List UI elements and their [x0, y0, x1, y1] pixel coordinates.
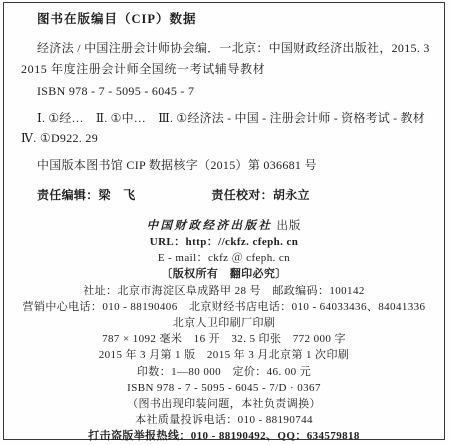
responsible-editor: 责任编辑：梁 飞 [37, 188, 135, 202]
cip-description-line2: 2015 年度注册会计师全国统一考试辅导教材 [21, 62, 444, 76]
contact-phones: 营销中心电话：010 - 88190406 北京财经书店电话：010 - 640… [23, 299, 426, 315]
exchange-notice: （图书出现印装问题，本社负责调换） [127, 396, 321, 412]
cip-registry-number: 中国版本图书馆 CIP 数据核字（2015）第 036681 号 [37, 158, 444, 172]
responsible-proofreader: 责任校对：胡永立 [211, 188, 309, 202]
quality-hotline: 本社质量投诉电话：010 - 88190744 [135, 412, 313, 428]
copyright-page: 图书在版编目（CIP）数据 经济法 / 中国注册会计师协会编．一北京：中国财政经… [0, 0, 450, 445]
cip-description-line1: 经济法 / 中国注册会计师协会编．一北京：中国财政经济出版社，2015. 3 [37, 41, 444, 55]
cip-isbn: ISBN 978 - 7 - 5095 - 6045 - 7 [37, 84, 444, 98]
cip-classification-line2: Ⅳ. ①D922. 29 [21, 131, 444, 145]
copyright-notice: 〔版权所有 翻印必究〕 [161, 266, 286, 282]
book-format-spec: 787 × 1092 毫米 16 开 32. 5 印张 772 000 字 [102, 331, 346, 347]
print-run-price: 印数：1—80 000 定价：46. 00 元 [137, 364, 311, 380]
cip-classification-line1: Ⅰ. ①经… Ⅱ. ①中… Ⅲ. ①经济法 - 中国 - 注册会计师 - 资格考… [37, 111, 444, 125]
isbn-full: ISBN 978 - 7 - 5095 - 6045 - 7/D · 0367 [127, 380, 321, 396]
publisher-suffix: 出版 [273, 220, 302, 232]
page-content: 图书在版编目（CIP）数据 经济法 / 中国注册会计师协会编．一北京：中国财政经… [4, 3, 444, 439]
cip-data-block: 图书在版编目（CIP）数据 经济法 / 中国注册会计师协会编．一北京：中国财政经… [4, 3, 444, 203]
publisher-address: 社址：北京市海淀区阜成路甲 28 号 邮政编码：100142 [83, 283, 365, 299]
cip-title: 图书在版编目（CIP）数据 [37, 12, 444, 27]
publisher-url: URL：http：//ckfz. cfeph. cn [150, 234, 299, 250]
anti-piracy-hotline: 打击盗版举报热线：010 - 88190492、QQ：634579818 [88, 428, 360, 444]
printer-name: 北京人卫印刷厂印刷 [173, 315, 276, 331]
credits-row: 责任编辑：梁 飞 责任校对：胡永立 [37, 188, 444, 202]
edition-info: 2015 年 3 月第 1 版 2015 年 3 月北京第 1 次印刷 [99, 347, 350, 363]
publisher-email: E - mail：ckfz ＠ cfeph. cn [158, 250, 290, 266]
publisher-logotype: 中国财政经济出版社 [147, 220, 273, 232]
colophon-block: 中国财政经济出版社 出版 URL：http：//ckfz. cfeph. cn … [4, 219, 444, 445]
publisher-line: 中国财政经济出版社 出版 [147, 219, 302, 234]
